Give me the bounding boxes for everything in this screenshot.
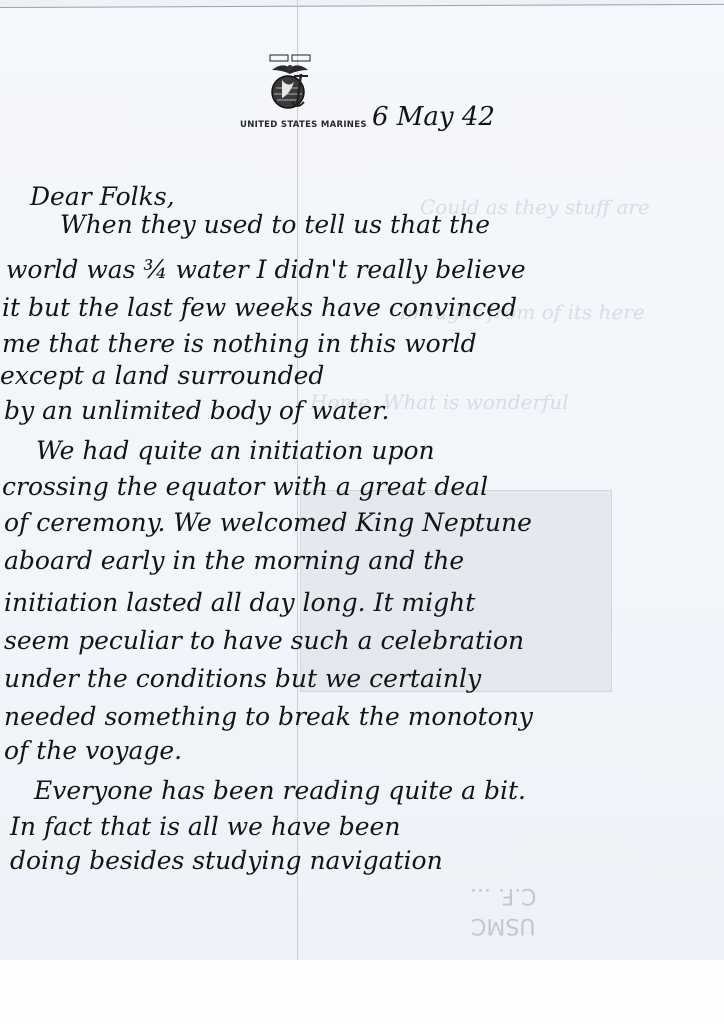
letterhead-organization: UNITED STATES MARINES — [240, 120, 367, 130]
bleed-through-name: C.F. ... — [470, 880, 536, 910]
eagle-globe-anchor-icon — [268, 54, 312, 116]
bleed-through-signature: USMC C.F. ... — [470, 880, 536, 940]
salutation: Dear Folks, — [30, 182, 175, 212]
letter-line: needed something to break the monotony — [4, 702, 533, 732]
letter-line: initiation lasted all day long. It might — [4, 588, 475, 618]
letter-line: under the conditions but we certainly — [4, 664, 481, 694]
letter-line: We had quite an initiation upon — [36, 436, 435, 466]
letter-line: world was ¾ water I didn't really believ… — [6, 255, 526, 285]
letter-line: it but the last few weeks have convinced — [2, 293, 517, 323]
letter-line: by an unlimited body of water. — [4, 396, 389, 426]
letter-line: aboard early in the morning and the — [4, 546, 464, 576]
letter-line: me that there is nothing in this world — [2, 329, 477, 359]
letter-date: 6 May 42 — [372, 102, 495, 132]
letter-line: When they used to tell us that the — [60, 210, 490, 240]
letter-line: seem peculiar to have such a celebration — [4, 626, 524, 656]
letter-line: Everyone has been reading quite a bit. — [34, 776, 526, 806]
letter-line: crossing the equator with a great deal — [2, 472, 488, 502]
letter-line: except a land surrounded — [0, 361, 324, 391]
letter-line: of the voyage. — [4, 736, 182, 766]
letter-line: of ceremony. We welcomed King Neptune — [4, 508, 532, 538]
letter-line: doing besides studying navigation — [10, 846, 443, 876]
scan-background — [0, 960, 724, 1024]
letter-line: In fact that is all we have been — [10, 812, 400, 842]
bleed-through-unit: USMC — [470, 910, 536, 940]
